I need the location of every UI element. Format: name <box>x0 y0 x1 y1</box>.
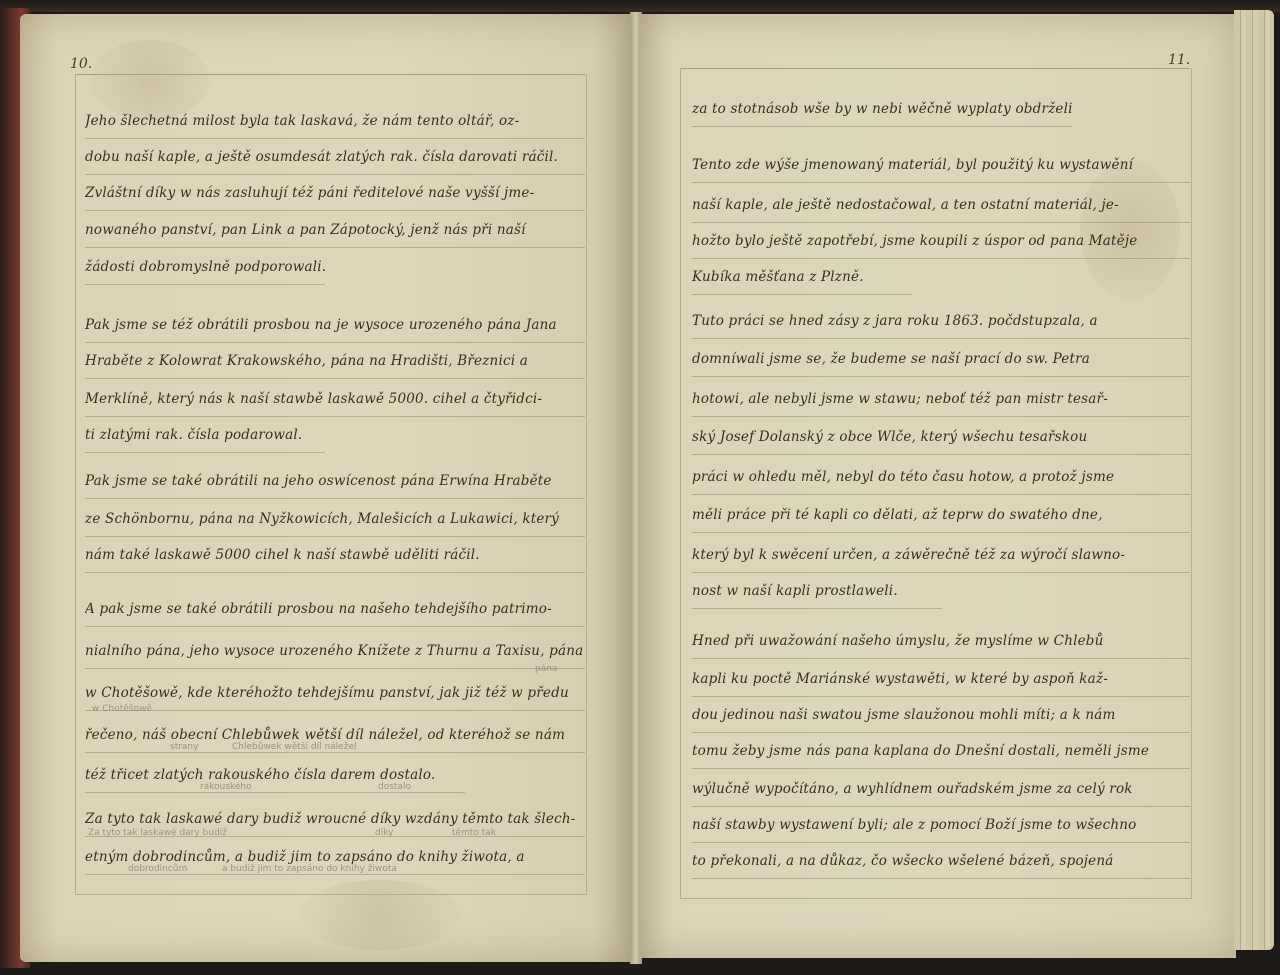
manuscript-line: nost w naší kapli prostlaweli. <box>692 576 942 609</box>
right-page-number: 11. <box>1168 52 1190 68</box>
manuscript-line: A pak jsme se také obrátili prosbou na n… <box>85 594 585 627</box>
left-page-number: 10. <box>70 56 92 72</box>
manuscript-line: ský Josef Dolanský z obce Wlče, který wš… <box>692 422 1190 455</box>
manuscript-line: Hned při uwažowání našeho úmyslu, že mys… <box>692 626 1190 659</box>
pencil-annotation: w Chotěšowě <box>92 704 152 714</box>
manuscript-line: Pak jsme se také obrátili na jeho oswíce… <box>85 466 585 499</box>
pencil-annotation: díky <box>375 828 393 838</box>
manuscript-line: práci w ohledu měl, nebyl do této času h… <box>692 462 1190 495</box>
manuscript-line: Merklíně, který nás k naší stawbě laskaw… <box>85 384 585 417</box>
manuscript-line: nialního pána, jeho wysoce urozeného Kní… <box>85 636 585 669</box>
manuscript-line: měli práce při té kapli co dělati, až te… <box>692 500 1190 533</box>
pencil-annotation: pána <box>535 664 557 674</box>
manuscript-line: domníwali jsme se, že budeme se naší pra… <box>692 344 1190 377</box>
pencil-annotation: dostalo <box>378 782 411 792</box>
manuscript-line: Pak jsme se též obrátili prosbou na je w… <box>85 310 585 343</box>
manuscript-line: kapli ku poctě Mariánské wystawěti, w kt… <box>692 664 1190 697</box>
manuscript-line: Hraběte z Kolowrat Krakowského, pána na … <box>85 346 585 379</box>
manuscript-line: dobu naší kaple, a ještě osumdesát zlatý… <box>85 142 585 175</box>
pencil-annotation: Chlebůwek wětší díl náležel <box>232 742 356 752</box>
manuscript-line: hotowi, ale nebyli jsme w stawu; neboť t… <box>692 384 1190 417</box>
pencil-annotation: a budiž jim to zapsáno do knihy žiwota <box>222 864 397 874</box>
manuscript-line: Jeho šlechetná milost byla tak laskavá, … <box>85 106 585 139</box>
manuscript-line: který byl k swěcení určen, a záwěrečně t… <box>692 540 1190 573</box>
manuscript-line: naší kaple, ale ještě nedostačowal, a te… <box>692 190 1190 223</box>
manuscript-line: za to stotnásob wše by w nebi wěčně wypl… <box>692 94 1072 127</box>
pencil-annotation: těmto tak <box>452 828 496 838</box>
manuscript-line: wýlučně wypočítáno, a wyhlídnem ouřadské… <box>692 774 1190 807</box>
manuscript-line: tomu žeby jsme nás pana kaplana do Dnešn… <box>692 736 1190 769</box>
manuscript-line: naší stawby wystawení byli; ale z pomocí… <box>692 810 1190 843</box>
manuscript-line: nám také laskawě 5000 cihel k naší stawb… <box>85 540 585 573</box>
manuscript-line: ti zlatými rak. čísla podarowal. <box>85 420 325 453</box>
manuscript-line: žádosti dobromyslně podporowali. <box>85 252 325 285</box>
manuscript-line: hožto bylo ještě zapotřebí, jsme koupili… <box>692 226 1190 259</box>
manuscript-line: Kubíka měšťana z Plzně. <box>692 262 912 295</box>
book-cover-top-edge <box>0 0 1280 12</box>
manuscript-line: to překonali, a na důkaz, čo wšecko wšel… <box>692 846 1190 879</box>
pencil-annotation: dobrodincům <box>128 864 187 874</box>
manuscript-line: w Chotěšowě, kde kteréhožto tehdejšímu p… <box>85 678 585 711</box>
manuscript-line: nowaného panství, pan Link a pan Zápotoc… <box>85 215 585 248</box>
manuscript-line: Zvláštní díky w nás zasluhují též páni ř… <box>85 178 585 211</box>
pencil-annotation: Za tyto tak laskawé dary budiž <box>88 828 227 838</box>
pencil-annotation: rakouského <box>200 782 252 792</box>
pencil-annotation: strany <box>170 742 198 752</box>
page-edge-stack <box>1234 10 1274 950</box>
manuscript-line: Tuto práci se hned zásy z jara roku 1863… <box>692 306 1190 339</box>
manuscript-line: dou jedinou naši swatou jsme slaužonou m… <box>692 700 1190 733</box>
manuscript-line: ze Schönbornu, pána na Nyžkowicích, Male… <box>85 504 585 537</box>
manuscript-line: Tento zde wýše jmenowaný materiál, byl p… <box>692 150 1190 183</box>
